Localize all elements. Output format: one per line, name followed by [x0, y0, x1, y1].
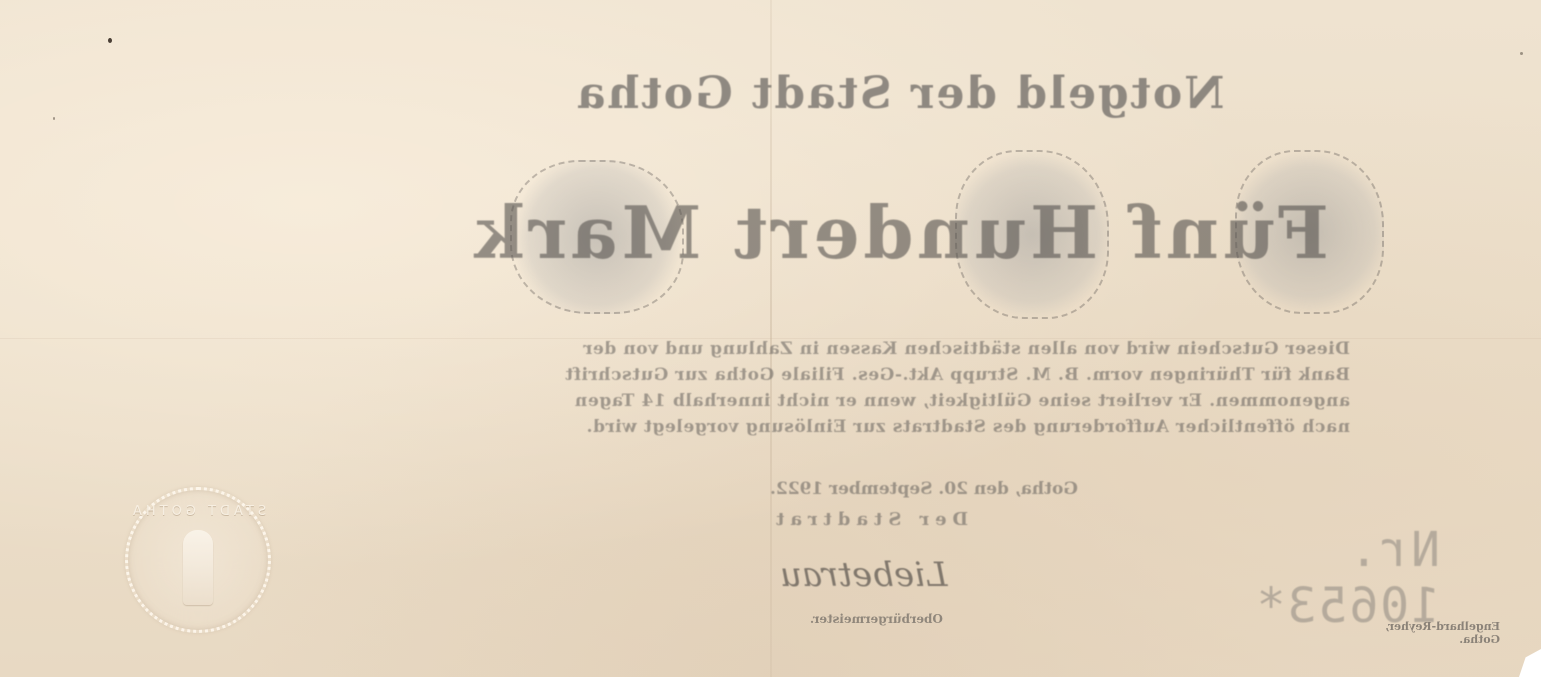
seal-text: STADT GOTHA	[128, 504, 268, 519]
printer-imprint-mirrored: Engelhard-Reyher, Gotha.	[1370, 620, 1500, 646]
signatory-title-mirrored: Oberbürgermeister.	[810, 612, 960, 626]
denomination-text: Fünf Hundert Mark	[471, 190, 1329, 275]
terms-line: Dieser Gutschein wird von allen städtisc…	[450, 336, 1350, 362]
embossed-seal: STADT GOTHA	[125, 487, 271, 633]
terms-line: angenommen. Er verliert seine Gültigkeit…	[450, 388, 1350, 414]
denomination-block: Fünf Hundert Mark	[400, 150, 1400, 310]
terms-paragraph: Dieser Gutschein wird von allen städtisc…	[450, 336, 1350, 440]
issue-date-mirrored: Gotha, den 20. September 1922.	[770, 479, 1220, 499]
issuer-mirrored: Der Stadtrat	[770, 509, 1220, 530]
banknote-reverse: Notgeld der Stadt Gotha Fünf Hundert Mar…	[0, 0, 1541, 677]
title-mirrored: Notgeld der Stadt Gotha	[560, 68, 1240, 119]
terms-line: Bank für Thüringen vorm. B. M. Strupp Ak…	[450, 362, 1350, 388]
signatory-title: Oberbürgermeister.	[810, 612, 943, 626]
torn-corner	[1519, 649, 1541, 677]
printer-imprint: Engelhard-Reyher, Gotha.	[1370, 620, 1500, 646]
terms-line: nach öffentlicher Aufforderung des Stadt…	[450, 414, 1350, 440]
ink-speck	[53, 117, 55, 120]
ink-speck	[1520, 52, 1523, 55]
issuer: Der Stadtrat	[770, 509, 968, 530]
seal-figure-icon	[183, 530, 213, 605]
ink-speck	[108, 38, 112, 43]
seal-label: STADT GOTHA	[129, 504, 266, 519]
issue-date: Gotha, den 20. September 1922.	[770, 479, 1078, 499]
signature-mirrored: Liebetrau	[780, 555, 1000, 595]
serial-number-mirrored: Nr. 10653*	[1180, 522, 1440, 634]
signature: Liebetrau	[780, 555, 948, 595]
denomination-mirrored: Fünf Hundert Mark	[400, 190, 1400, 275]
serial-number: Nr. 10653*	[1180, 522, 1440, 634]
title-text: Notgeld der Stadt Gotha	[575, 68, 1224, 119]
terms-paragraph-mirrored: Dieser Gutschein wird von allen städtisc…	[450, 336, 1350, 440]
